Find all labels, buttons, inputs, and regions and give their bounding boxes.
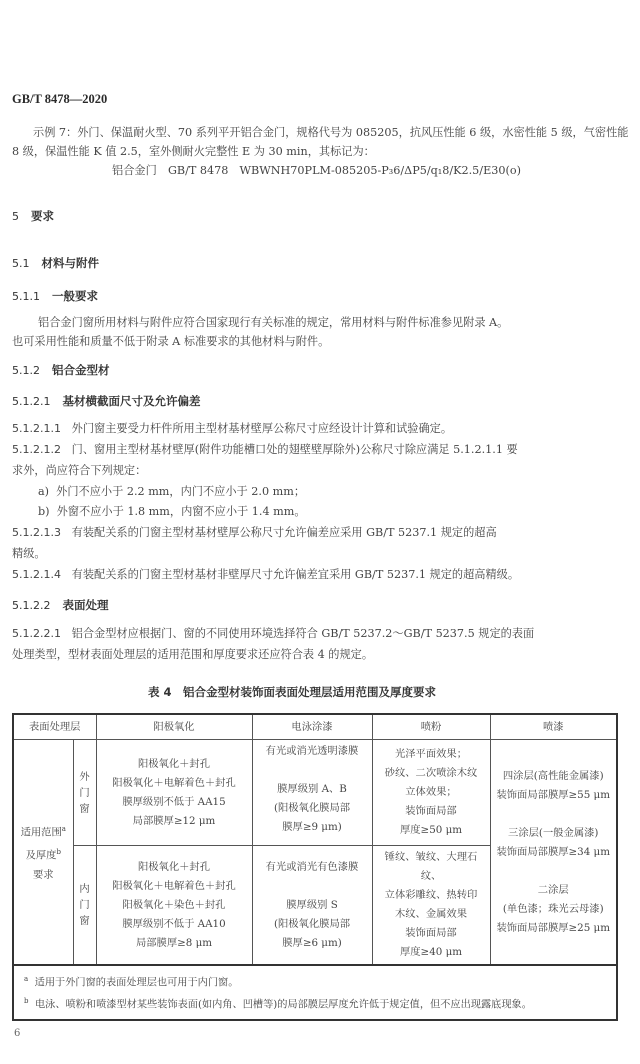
section-5-heading: 5 要求 bbox=[12, 208, 54, 224]
header-powder-coating: 喷粉 bbox=[372, 714, 490, 740]
header-electrophoretic: 电泳涂漆 bbox=[252, 714, 372, 740]
table-footnotes: a 适用于外门窗的表面处理层也可用于内门窗。 b 电泳、喷粉和喷漆型材某些装饰表… bbox=[13, 965, 617, 1020]
section-5-1-1-body-line2: 也可采用性能和质量不低于附录 A 标准要求的其他材料与附件。 bbox=[12, 333, 329, 351]
header-spray-paint: 喷漆 bbox=[490, 714, 617, 740]
clause-5-1-2-1-2-cont: 求外，尚应符合下列规定： bbox=[12, 462, 146, 480]
table-header-row: 表面处理层 阳极氧化 电泳涂漆 喷粉 喷漆 bbox=[13, 714, 617, 740]
outer-door-window-label: 外门窗 bbox=[73, 740, 96, 846]
spray-paint-cell: 四涂层(高性能金属漆)装饰面局部膜厚≥55 μm 三涂层(一般金属漆)装饰面局部… bbox=[490, 740, 617, 966]
clause-5-1-2-1-3-cont: 精级。 bbox=[12, 545, 46, 563]
page-number: 6 bbox=[14, 1028, 20, 1039]
clause-5-1-2-1-2: 5.1.2.1.2 门、窗用主型材基材壁厚(附件功能槽口处的翅壁壁厚除外)公称尺… bbox=[12, 441, 518, 459]
clause-5-1-2-2-1-cont: 处理类型，型材表面处理层的适用范围和厚度要求还应符合表 4 的规定。 bbox=[12, 646, 373, 664]
section-5-1-2-1-heading: 5.1.2.1 基材横截面尺寸及允许偏差 bbox=[12, 393, 201, 409]
section-5-1-heading: 5.1 材料与附件 bbox=[12, 255, 99, 271]
table-4: 表面处理层 阳极氧化 电泳涂漆 喷粉 喷漆 适用范围a 及厚度b 要求 外门窗 … bbox=[12, 713, 618, 1021]
list-item-a: a) 外门不应小于 2.2 mm，内门不应小于 2.0 mm； bbox=[38, 483, 305, 501]
section-5-1-1-heading: 5.1.1 一般要求 bbox=[12, 288, 98, 304]
clause-5-1-2-2-1: 5.1.2.2.1 铝合金型材应根据门、窗的不同使用环境选择符合 GB/T 52… bbox=[12, 625, 534, 643]
row-group-label: 适用范围a 及厚度b 要求 bbox=[13, 740, 73, 966]
example-7-line1: 示例 7：外门、保温耐火型、70 系列平开铝合金门，规格代号为 085205，抗… bbox=[33, 124, 628, 142]
outer-anodizing-cell: 阳极氧化＋封孔阳极氧化＋电解着色＋封孔膜厚级别不低于 AA15局部膜厚≥12 μ… bbox=[96, 740, 252, 846]
example-7-marking: 铝合金门 GB/T 8478 WBWNH70PLM-085205-P₃6/ΔP5… bbox=[112, 162, 521, 180]
section-5-1-1-body-line1: 铝合金门窗所用材料与附件应符合国家现行有关标准的规定，常用材料与附件标准参见附录… bbox=[38, 314, 508, 332]
clause-5-1-2-1-3: 5.1.2.1.3 有装配关系的门窗主型材基材壁厚公称尺寸允许偏差应采用 GB/… bbox=[12, 524, 497, 542]
header-surface-layer: 表面处理层 bbox=[13, 714, 96, 740]
section-5-1-2-2-heading: 5.1.2.2 表面处理 bbox=[12, 597, 109, 613]
clause-5-1-2-1-4: 5.1.2.1.4 有装配关系的门窗主型材基材非壁厚尺寸允许偏差宜采用 GB/T… bbox=[12, 566, 519, 584]
section-5-1-2-heading: 5.1.2 铝合金型材 bbox=[12, 362, 110, 378]
footnote-a: a 适用于外门窗的表面处理层也可用于内门窗。 bbox=[24, 970, 616, 992]
table-row-outer: 适用范围a 及厚度b 要求 外门窗 阳极氧化＋封孔阳极氧化＋电解着色＋封孔膜厚级… bbox=[13, 740, 617, 846]
footnote-b: b 电泳、喷粉和喷漆型材某些装饰表面(如内角、凹槽等)的局部膜层厚度允许低于规定… bbox=[24, 992, 616, 1014]
inner-anodizing-cell: 阳极氧化＋封孔阳极氧化＋电解着色＋封孔阳极氧化＋染色＋封孔膜厚级别不低于 AA1… bbox=[96, 846, 252, 966]
list-item-b: b) 外窗不应小于 1.8 mm，内窗不应小于 1.4 mm。 bbox=[38, 503, 306, 521]
inner-electro-cell: 有光或消光有色漆膜膜厚级别 S(阳极氧化膜局部膜厚≥6 μm) bbox=[252, 846, 372, 966]
inner-powder-cell: 锤纹、皱纹、大理石纹、立体彩雕纹、热转印木纹、金属效果装饰面局部厚度≥40 μm bbox=[372, 846, 490, 966]
inner-door-window-label: 内门窗 bbox=[73, 846, 96, 966]
clause-5-1-2-1-1: 5.1.2.1.1 外门窗主要受力杆件所用主型材基材壁厚公称尺寸应经设计计算和试… bbox=[12, 420, 452, 438]
table-4-caption: 表 4 铝合金型材装饰面表面处理层适用范围及厚度要求 bbox=[148, 684, 436, 700]
outer-electro-cell: 有光或消光透明漆膜膜厚级别 A、B(阳极氧化膜局部膜厚≥9 μm) bbox=[252, 740, 372, 846]
header-anodizing: 阳极氧化 bbox=[96, 714, 252, 740]
example-7-line2: 8 级，保温性能 K 值 2.5，室外侧耐火完整性 E 为 30 min，其标记… bbox=[12, 143, 375, 161]
outer-powder-cell: 光泽平面效果；砂纹、二次喷涂木纹立体效果；装饰面局部厚度≥50 μm bbox=[372, 740, 490, 846]
standard-number-header: GB/T 8478—2020 bbox=[12, 92, 107, 107]
